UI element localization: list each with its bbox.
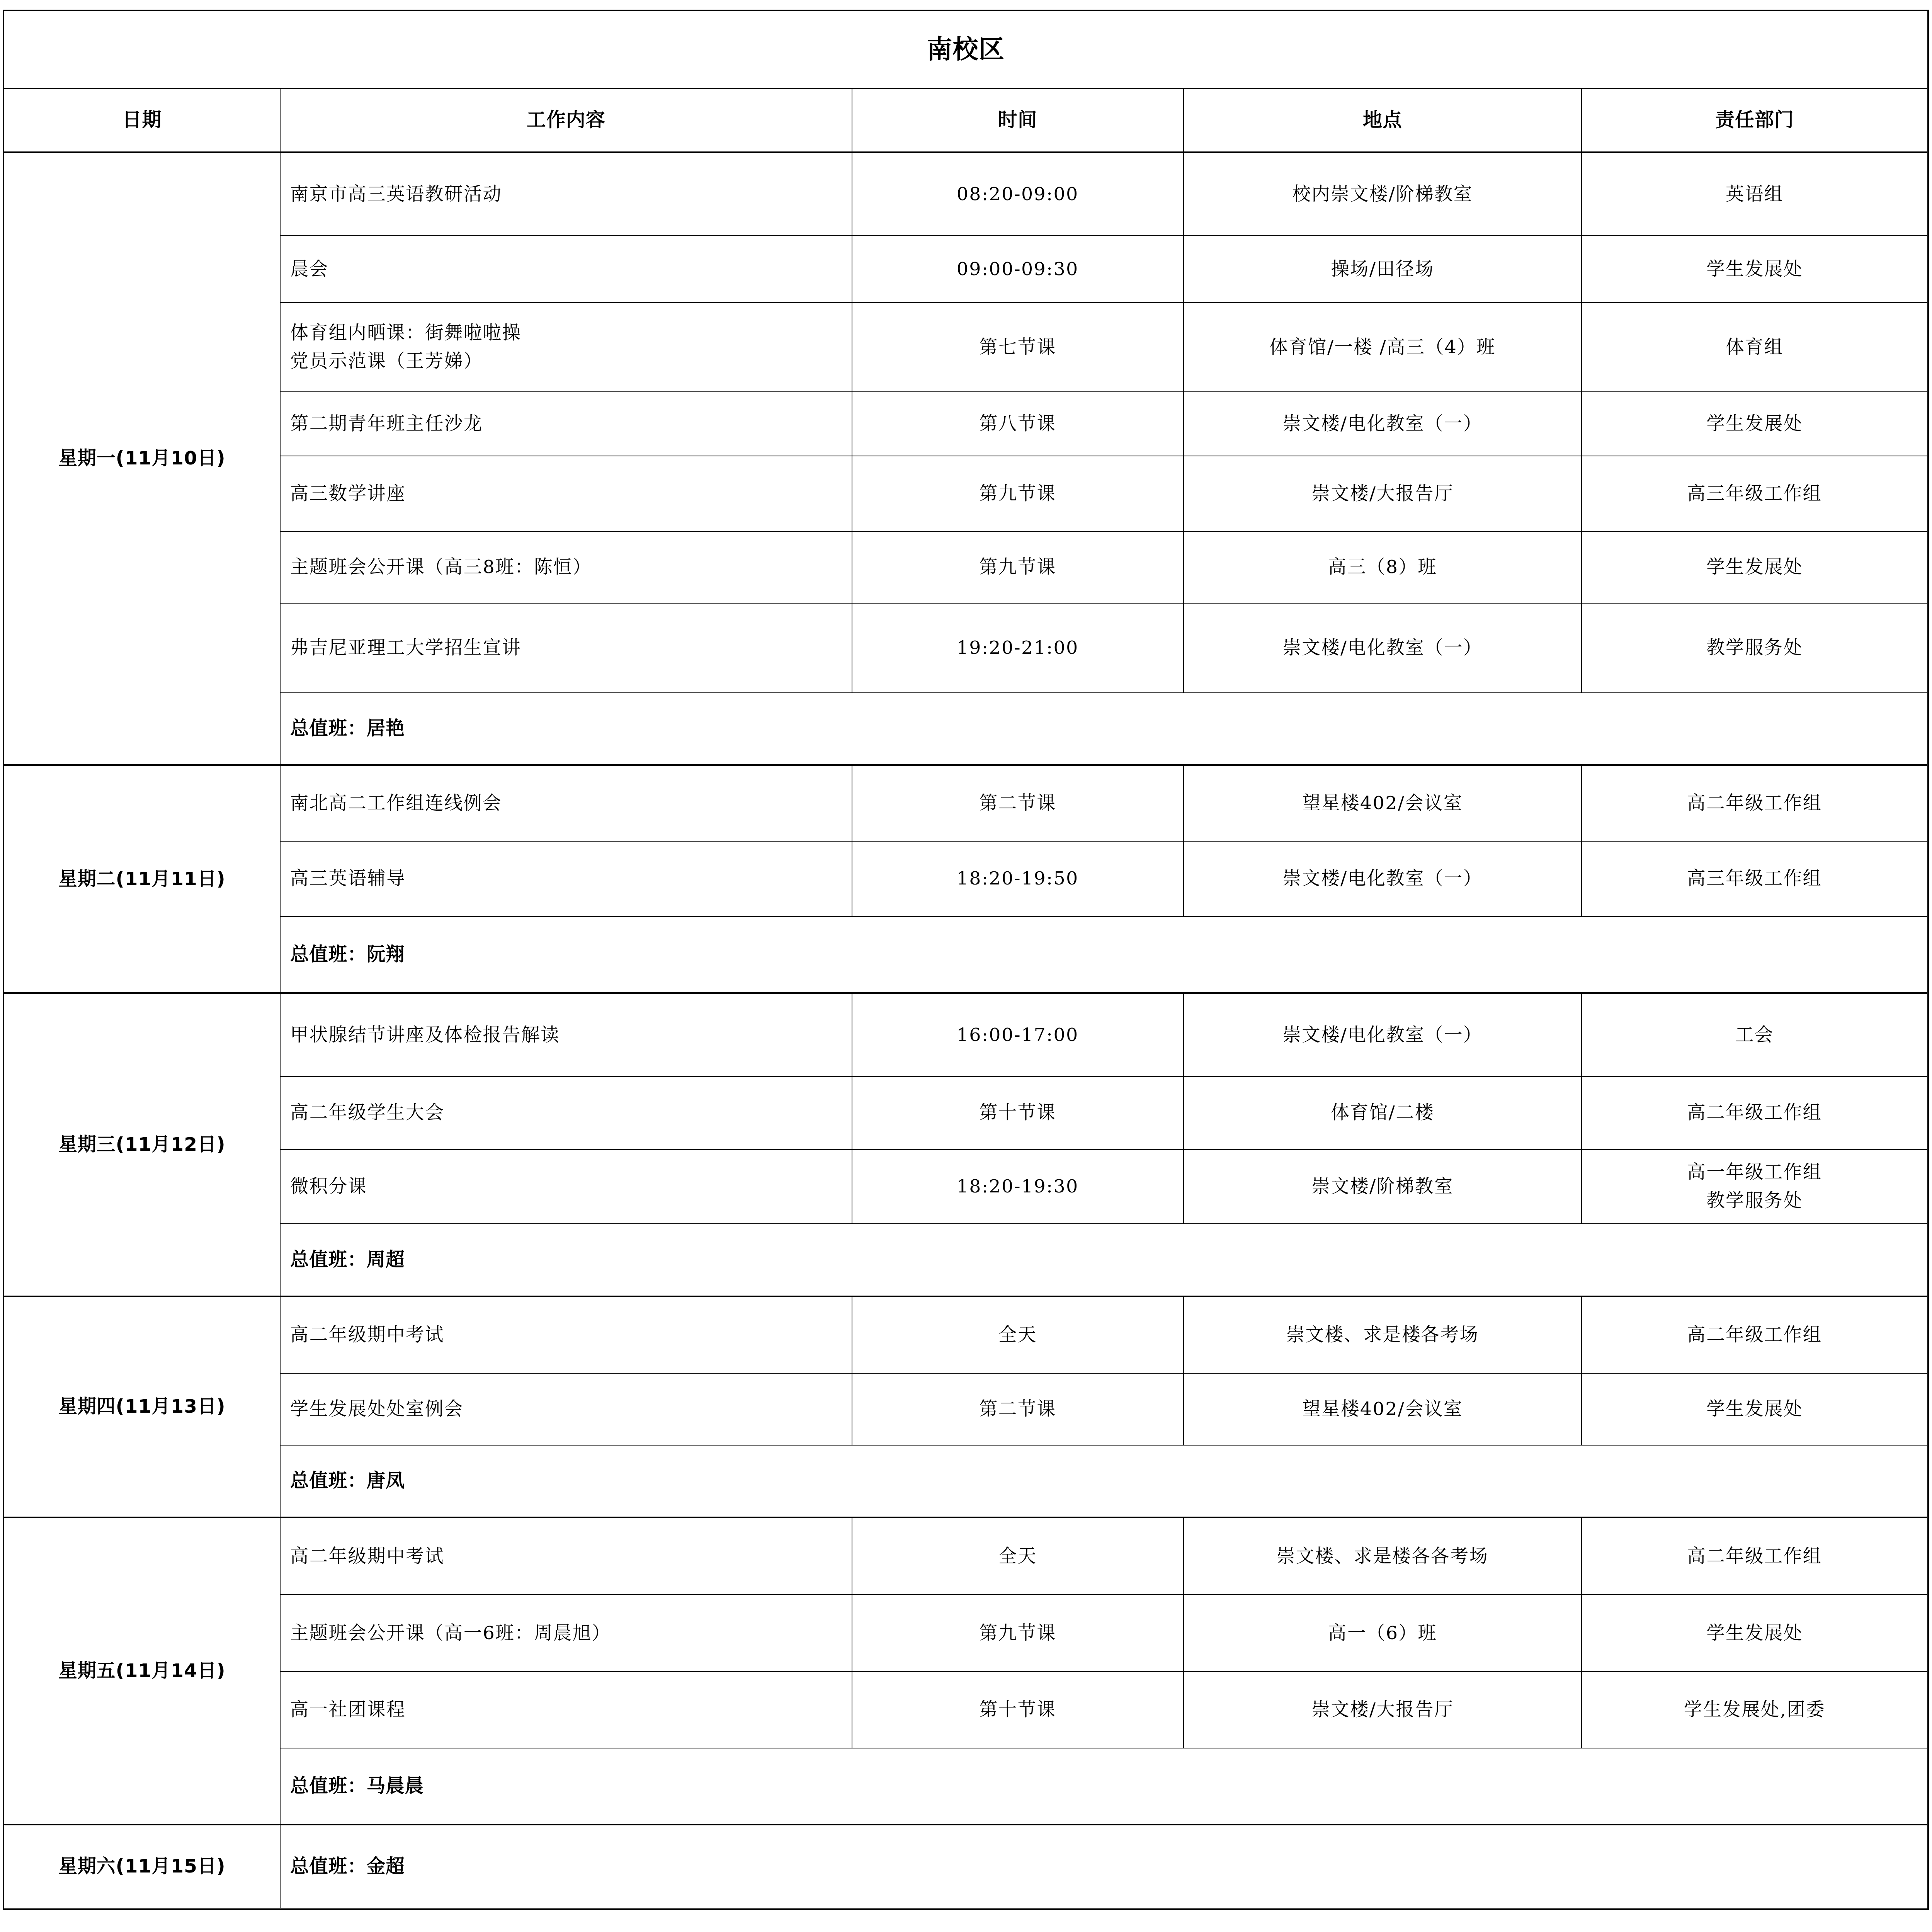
campus-title: 南校区 xyxy=(4,11,1927,89)
event-content: 高二年级期中考试 xyxy=(281,1297,852,1374)
event-dept: 高二年级工作组 xyxy=(1582,1077,1927,1150)
event-dept: 学生发展处 xyxy=(1582,532,1927,604)
event-dept: 高二年级工作组 xyxy=(1582,766,1927,841)
event-content: 主题班会公开课（高三8班：陈恒） xyxy=(281,532,852,604)
event-dept: 教学服务处 xyxy=(1582,604,1927,693)
event-content: 第二期青年班主任沙龙 xyxy=(281,392,852,456)
event-content: 体育组内晒课：街舞啦啦操 党员示范课（王芳娣） xyxy=(281,303,852,393)
event-time: 第十节课 xyxy=(852,1077,1184,1150)
event-place: 崇文楼、求是楼各各考场 xyxy=(1184,1518,1582,1595)
event-time: 16:00-17:00 xyxy=(852,994,1184,1077)
event-content: 弗吉尼亚理工大学招生宣讲 xyxy=(281,604,852,693)
column-header-dept: 责任部门 xyxy=(1582,89,1927,153)
event-dept: 学生发展处 xyxy=(1582,1374,1927,1446)
event-place: 望星楼402/会议室 xyxy=(1184,1374,1582,1446)
event-place: 操场/田径场 xyxy=(1184,236,1582,303)
event-dept: 学生发展处 xyxy=(1582,1595,1927,1672)
event-content: 高一社团课程 xyxy=(281,1672,852,1748)
event-time: 全天 xyxy=(852,1518,1184,1595)
event-place: 崇文楼/阶梯教室 xyxy=(1184,1150,1582,1224)
day-label: 星期一(11月10日) xyxy=(4,153,281,766)
event-content: 微积分课 xyxy=(281,1150,852,1224)
event-time: 第十节课 xyxy=(852,1672,1184,1748)
event-dept: 体育组 xyxy=(1582,303,1927,393)
duty-officer: 总值班：居艳 xyxy=(281,693,1927,766)
event-time: 18:20-19:50 xyxy=(852,842,1184,917)
column-header-time: 时间 xyxy=(852,89,1184,153)
duty-officer: 总值班：唐凤 xyxy=(281,1446,1927,1519)
event-content: 晨会 xyxy=(281,236,852,303)
event-place: 体育馆/一楼 /高三（4）班 xyxy=(1184,303,1582,393)
event-time: 第九节课 xyxy=(852,1595,1184,1672)
event-place: 崇文楼/电化教室（一） xyxy=(1184,842,1582,917)
day-label: 星期三(11月12日) xyxy=(4,994,281,1297)
event-dept: 高二年级工作组 xyxy=(1582,1518,1927,1595)
event-place: 崇文楼/大报告厅 xyxy=(1184,1672,1582,1748)
day-label: 星期二(11月11日) xyxy=(4,766,281,993)
event-content: 高二年级期中考试 xyxy=(281,1518,852,1595)
event-content: 高三英语辅导 xyxy=(281,842,852,917)
duty-officer: 总值班：阮翔 xyxy=(281,917,1927,994)
event-content: 高二年级学生大会 xyxy=(281,1077,852,1150)
event-content: 主题班会公开课（高一6班：周晨旭） xyxy=(281,1595,852,1672)
event-dept: 高三年级工作组 xyxy=(1582,456,1927,532)
column-header-content: 工作内容 xyxy=(281,89,852,153)
event-time: 18:20-19:30 xyxy=(852,1150,1184,1224)
event-time: 09:00-09:30 xyxy=(852,236,1184,303)
column-header-place: 地点 xyxy=(1184,89,1582,153)
event-time: 第二节课 xyxy=(852,1374,1184,1446)
event-dept: 工会 xyxy=(1582,994,1927,1077)
event-place: 高三（8）班 xyxy=(1184,532,1582,604)
event-content: 南京市高三英语教研活动 xyxy=(281,153,852,236)
event-place: 崇文楼/电化教室（一） xyxy=(1184,994,1582,1077)
duty-officer: 总值班：马晨晨 xyxy=(281,1748,1927,1825)
event-place: 体育馆/二楼 xyxy=(1184,1077,1582,1150)
event-time: 19:20-21:00 xyxy=(852,604,1184,693)
event-place: 高一（6）班 xyxy=(1184,1595,1582,1672)
event-dept: 学生发展处 xyxy=(1582,392,1927,456)
event-dept: 学生发展处 xyxy=(1582,236,1927,303)
event-time: 第七节课 xyxy=(852,303,1184,393)
event-place: 崇文楼/大报告厅 xyxy=(1184,456,1582,532)
day-label: 星期四(11月13日) xyxy=(4,1297,281,1519)
event-dept: 高二年级工作组 xyxy=(1582,1297,1927,1374)
duty-officer: 总值班：周超 xyxy=(281,1224,1927,1297)
duty-officer: 总值班：金超 xyxy=(281,1825,1927,1908)
event-time: 全天 xyxy=(852,1297,1184,1374)
event-place: 崇文楼/电化教室（一） xyxy=(1184,392,1582,456)
event-place: 崇文楼/电化教室（一） xyxy=(1184,604,1582,693)
event-content: 学生发展处处室例会 xyxy=(281,1374,852,1446)
event-content: 高三数学讲座 xyxy=(281,456,852,532)
event-dept: 高三年级工作组 xyxy=(1582,842,1927,917)
event-time: 08:20-09:00 xyxy=(852,153,1184,236)
event-place: 校内崇文楼/阶梯教室 xyxy=(1184,153,1582,236)
event-content: 甲状腺结节讲座及体检报告解读 xyxy=(281,994,852,1077)
event-dept: 学生发展处,团委 xyxy=(1582,1672,1927,1748)
day-label: 星期六(11月15日) xyxy=(4,1825,281,1908)
event-content: 南北高二工作组连线例会 xyxy=(281,766,852,841)
event-time: 第九节课 xyxy=(852,532,1184,604)
event-dept: 高一年级工作组 教学服务处 xyxy=(1582,1150,1927,1224)
event-place: 望星楼402/会议室 xyxy=(1184,766,1582,841)
day-label: 星期五(11月14日) xyxy=(4,1518,281,1825)
event-place: 崇文楼、求是楼各考场 xyxy=(1184,1297,1582,1374)
event-time: 第二节课 xyxy=(852,766,1184,841)
event-dept: 英语组 xyxy=(1582,153,1927,236)
event-time: 第九节课 xyxy=(852,456,1184,532)
event-time: 第八节课 xyxy=(852,392,1184,456)
column-header-date: 日期 xyxy=(4,89,281,153)
weekly-schedule-table: 南校区 日期 工作内容 时间 地点 责任部门 星期一(11月10日) 南京市高三… xyxy=(3,10,1929,1910)
